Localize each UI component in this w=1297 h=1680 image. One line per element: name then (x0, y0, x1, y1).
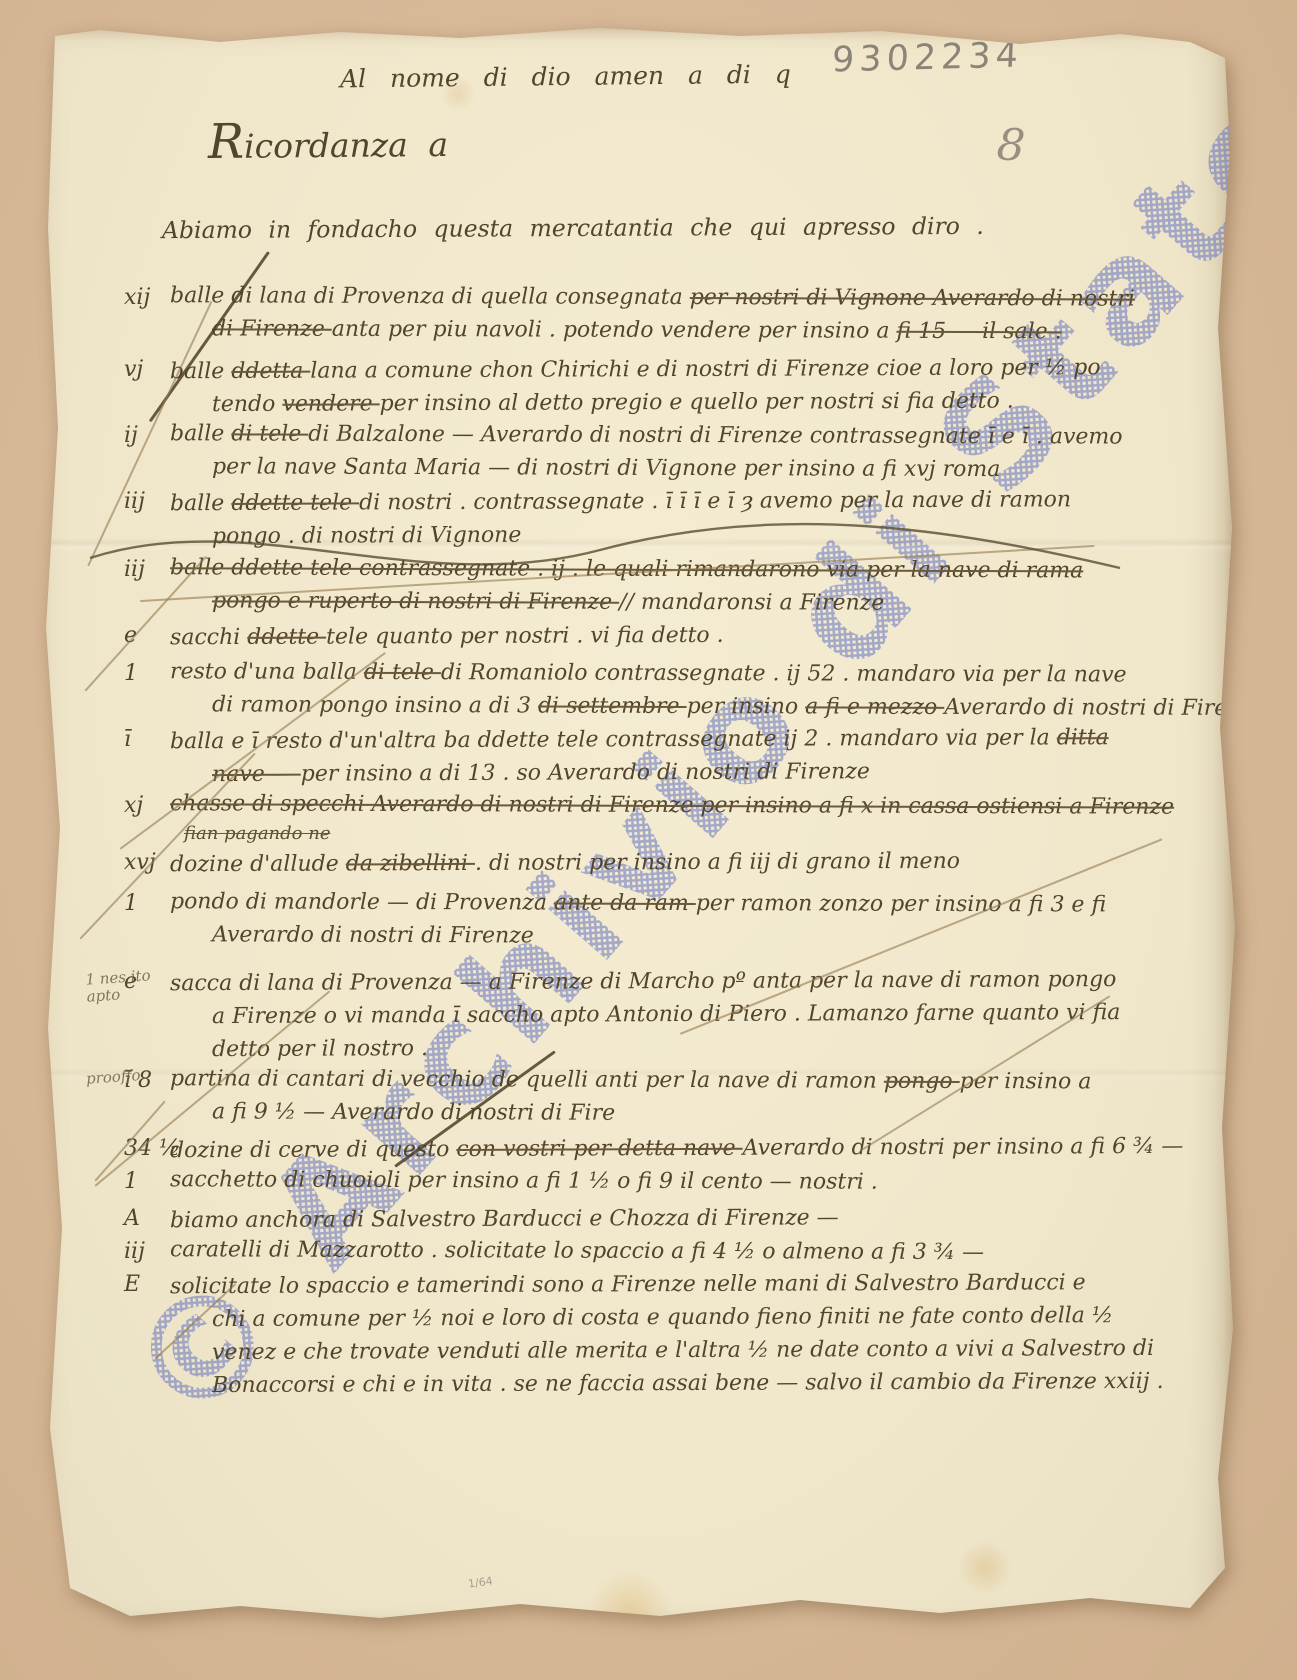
handwritten-line: Bonaccorsi e chi e in vita . se ne facci… (170, 1365, 1200, 1402)
ink-text: balle (170, 421, 231, 446)
manuscript-items: xijballe di lana di Provenza di quella c… (170, 281, 1200, 1400)
ink-text: . di nostri per insino a fi iij di grano… (475, 849, 960, 876)
item-quantity: 1 (124, 657, 166, 690)
handwritten-line: a fi 9 ½ — Averardo di nostri di Fire (170, 1095, 1200, 1132)
ink-text: Averardo di nostri di Firenze (212, 922, 534, 948)
handwritten-line: balle ddetta lana a comune chon Chirichi… (170, 351, 1200, 388)
handwritten-line: biamo anchora di Salvestro Barducci e Ch… (170, 1200, 1200, 1237)
handwritten-line: Averardo di nostri di Firenze (170, 918, 1200, 955)
struck-text: ditta (1057, 725, 1109, 750)
handwritten-line: resto d'una balla di tele di Romaniolo c… (170, 655, 1200, 692)
handwritten-line: chi a comune per ½ noi e loro di costa e… (170, 1299, 1200, 1336)
item-quantity: ī (124, 723, 166, 756)
item-quantity: 1 (124, 1165, 166, 1198)
ink-text: pongo . di nostri di Vignone (212, 523, 521, 549)
struck-text: per nostri di Vignone Averardo di nostri (690, 285, 1135, 312)
item-quantity: vj (124, 353, 166, 386)
ink-text: di Balzalone — Averardo di nostri di Fir… (308, 422, 1122, 450)
struck-text: con vostri per detta nave (456, 1136, 742, 1162)
struck-text: di tele (364, 660, 441, 685)
handwritten-line: chasse di specchi Averardo di nostri di … (170, 787, 1200, 824)
struck-text: di Firenze (212, 316, 332, 341)
ink-text: venez e che trovate venduti alle merita … (212, 1336, 1154, 1365)
invocation-line: Al nome di dio amen a di q (340, 60, 791, 94)
manuscript-item: iijcaratelli di Mazzarotto . solicitate … (170, 1235, 1200, 1268)
manuscript-item: iijballe ddette tele contrassegnate . ij… (170, 553, 1200, 619)
manuscript-item: 1pondo di mandorle — di Provenza ante da… (170, 887, 1200, 953)
handwritten-line: a Firenze o vi manda ī saccho apto Anton… (170, 996, 1200, 1033)
handwritten-line: pondo di mandorle — di Provenza ante da … (170, 885, 1200, 922)
ink-text: pondo di mandorle — di Provenza (170, 889, 554, 915)
handwritten-line: solicitate lo spaccio e tamerindi sono a… (170, 1266, 1200, 1303)
ink-text: Bonaccorsi e chi e in vita . se ne facci… (212, 1369, 1164, 1398)
manuscript-item: xijballe di lana di Provenza di quella c… (170, 281, 1200, 347)
ink-text: chi a comune per ½ noi e loro di costa e… (212, 1303, 1113, 1332)
item-quantity: 1 (124, 887, 166, 920)
struck-text: ddette (247, 625, 326, 650)
ink-text: tendo (212, 392, 282, 417)
struck-text: ddetta (231, 359, 310, 384)
struck-text: di settembre (538, 693, 687, 719)
pencil-inventory-stamp: 9302234 (831, 35, 1024, 80)
ink-text: lana a comune chon Chirichi e di nostri … (310, 355, 1100, 383)
ink-text: per insino (687, 694, 806, 719)
manuscript-item: 1resto d'una balla di tele di Romaniolo … (170, 657, 1200, 723)
ink-text: sacca di lana di Provenza — a Firenze di… (170, 967, 1116, 996)
struck-text: fi 15 — il sale . (896, 319, 1061, 345)
ink-text: per insino al detto pregio e quello per … (380, 389, 1014, 417)
manuscript-item: īballa e ī resto d'un'altra ba ddette te… (170, 723, 1200, 789)
ink-text: per insino a (960, 1069, 1092, 1094)
manuscript-page: © Archivio di Stato di Prato 9302234 8 A… (40, 28, 1236, 1628)
item-quantity: iij (124, 1235, 166, 1268)
struck-text: pongo (884, 1069, 960, 1094)
folio-number: 8 (995, 119, 1026, 172)
intro-line: Abiamo in fondacho questa mercatantia ch… (162, 212, 984, 244)
handwritten-line: di ramon pongo insino a di 3 di settembr… (170, 688, 1200, 725)
item-quantity: 34 ½ (124, 1132, 166, 1165)
handwritten-line: venez e che trovate venduti alle merita … (170, 1332, 1200, 1369)
ink-text: sacchetto di chuoioli per insino a fi 1 … (170, 1167, 878, 1194)
ink-text: biamo anchora di Salvestro Barducci e Ch… (170, 1205, 839, 1233)
ink-text: caratelli di Mazzarotto . solicitate lo … (170, 1237, 984, 1265)
manuscript-item: esacca di lana di Provenza — a Firenze d… (170, 965, 1200, 1064)
ink-text: // mandaronsi a Firenze (619, 590, 884, 616)
ink-text: Averardo di nostri per insino a fi 6 ¾ — (743, 1134, 1184, 1161)
manuscript-item: ī 8partina di cantari di vecchio de quel… (170, 1064, 1200, 1130)
handwritten-line: dozine d'allude da zibellini . di nostri… (170, 844, 1200, 881)
ink-text: anta per piu navoli . potendo vendere pe… (332, 317, 897, 344)
struck-text: ante da ram (554, 891, 696, 916)
handwritten-line: di Firenze anta per piu navoli . potendo… (170, 312, 1200, 349)
ink-text: Averardo di nostri di Fire (944, 695, 1227, 721)
struck-text: a fi e mezzo (805, 694, 944, 719)
struck-text: da zibellini (346, 851, 475, 877)
ink-text: a fi 9 ½ — Averardo di nostri di Fire (212, 1099, 615, 1125)
ink-text: di ramon pongo insino a di 3 (212, 692, 538, 718)
manuscript-item: 34 ½dozine di cerve di questo con vostri… (170, 1132, 1200, 1165)
item-quantity: ij (124, 419, 166, 452)
handwritten-line: sacchi ddette tele quanto per nostri . v… (170, 617, 1200, 654)
ink-text: solicitate lo spaccio e tamerindi sono a… (170, 1270, 1086, 1299)
struck-text: ddette tele (231, 490, 359, 516)
handwritten-line: balle di lana di Provenza di quella cons… (170, 279, 1200, 316)
handwritten-line: dozine di cerve di questo con vostri per… (170, 1130, 1200, 1167)
tiny-pencil-mark: 1/64 (467, 1574, 493, 1590)
manuscript-item: xvjdozine d'allude da zibellini . di nos… (170, 846, 1200, 879)
handwritten-line: caratelli di Mazzarotto . solicitate lo … (170, 1233, 1200, 1270)
handwritten-line: per la nave Santa Maria — di nostri di V… (170, 450, 1200, 487)
handwritten-line: balle ddette tele di nostri . contrasseg… (170, 483, 1200, 520)
ink-text: resto d'una balla (170, 659, 364, 685)
ink-text: balle (170, 491, 231, 516)
manuscript-item: Esolicitate lo spaccio e tamerindi sono … (170, 1268, 1200, 1400)
ricordanza-title: Ricordanza a (208, 113, 448, 170)
ink-text: detto per il nostro . (212, 1036, 428, 1062)
ink-text: balla e ī resto d'un'altra ba ddette tel… (170, 725, 1057, 754)
handwritten-line: partina di cantari di vecchio de quelli … (170, 1062, 1200, 1099)
item-quantity: xvj (124, 846, 166, 879)
ink-text: per la nave Santa Maria — di nostri di V… (212, 454, 1000, 482)
item-quantity: E (124, 1268, 166, 1301)
item-quantity: A (124, 1202, 166, 1235)
manuscript-item: xjchasse di specchi Averardo di nostri d… (170, 789, 1200, 846)
struck-text: vendere (282, 391, 379, 416)
ink-text: sacchi (170, 625, 247, 650)
struck-text: chasse di specchi Averardo di nostri di … (170, 791, 1174, 820)
margin-note: 1 nes ito apto (85, 966, 167, 1005)
manuscript-item: 1sacchetto di chuoioli per insino a fi 1… (170, 1165, 1200, 1198)
handwritten-line: balle di tele di Balzalone — Averardo di… (170, 417, 1200, 454)
ink-text: dozine d'allude (170, 851, 346, 877)
ink-text: di Romaniolo contrassegnate . ij 52 . ma… (441, 660, 1127, 687)
struck-text: di tele (231, 421, 308, 446)
manuscript-item: ijballe di tele di Balzalone — Averardo … (170, 419, 1200, 485)
handwritten-line: balla e ī resto d'un'altra ba ddette tel… (170, 721, 1200, 758)
ink-text: per ramon zonzo per insino a fi 3 e fi (696, 891, 1106, 917)
ink-text: balle di lana di Provenza di quella cons… (170, 283, 690, 310)
item-quantity: xij (124, 281, 166, 314)
interlinear-insert: fian pagando ne (170, 822, 1200, 846)
handwritten-line: tendo vendere per insino al detto pregio… (170, 384, 1200, 421)
ink-text: per insino a di 13 . so Averardo di nost… (301, 759, 870, 786)
manuscript-item: Abiamo anchora di Salvestro Barducci e C… (170, 1202, 1200, 1235)
ink-text: tele quanto per nostri . vi fia detto . (326, 623, 724, 650)
ink-text: di nostri . contrassegnate . ī ī ī e ī ȝ… (359, 487, 1071, 515)
item-quantity: iij (124, 553, 166, 586)
handwritten-line: nave — per insino a di 13 . so Averardo … (170, 754, 1200, 791)
scan-background: { "colors": { "scanner_background": "#d6… (0, 0, 1297, 1680)
item-quantity: iij (124, 485, 166, 518)
handwritten-line: sacchetto di chuoioli per insino a fi 1 … (170, 1163, 1200, 1200)
struck-text: balle ddette tele contrassegnate . ij . … (170, 555, 1083, 583)
manuscript-item: esacchi ddette tele quanto per nostri . … (170, 619, 1200, 652)
manuscript-item: vjballe ddetta lana a comune chon Chiric… (170, 353, 1200, 419)
manuscript-item: iijballe ddette tele di nostri . contras… (170, 485, 1200, 551)
ink-text: a Firenze o vi manda ī saccho apto Anton… (212, 1000, 1120, 1029)
